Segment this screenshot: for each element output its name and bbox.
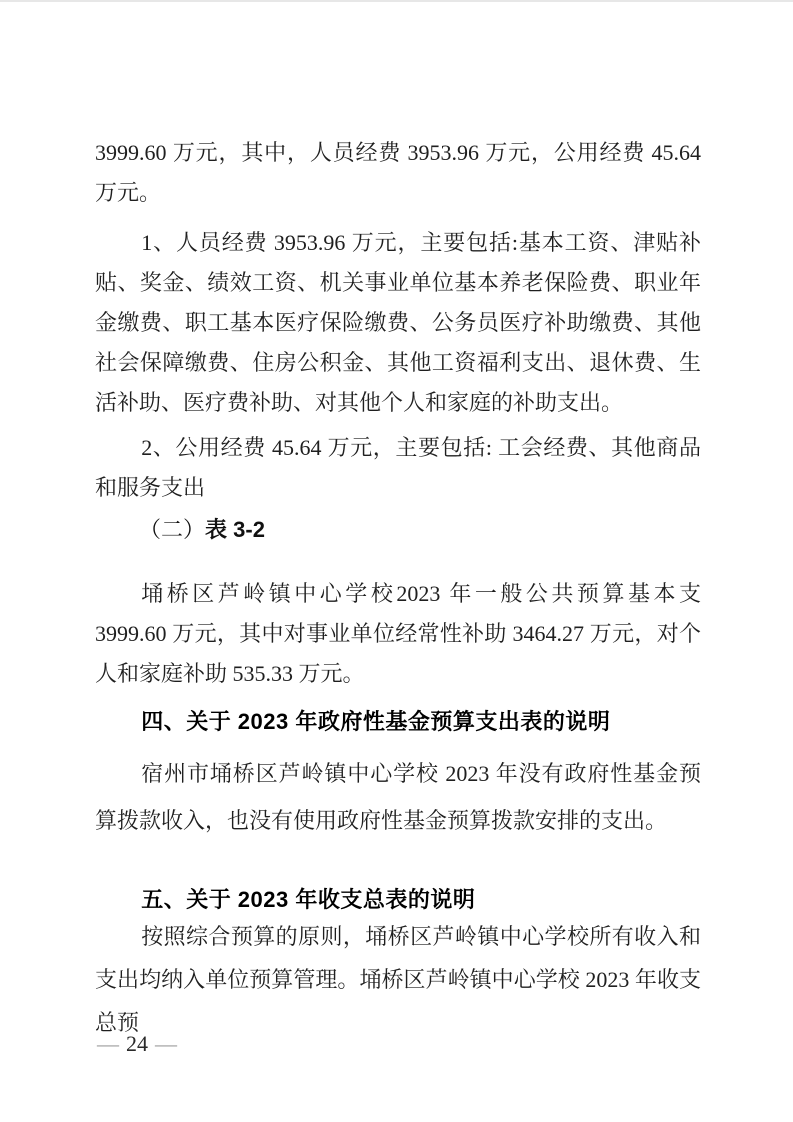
document-page: 3999.60 万元，其中，人员经费 3953.96 万元，公用经费 45.64… [0,0,793,1122]
heading-section-5-revenue-expenditure-summary: 五、关于 2023 年收支总表的说明 [95,880,701,920]
paragraph-public-expenses: 2、公用经费 45.64 万元，主要包括: 工会经费、其他商品和服务支出 [95,428,701,508]
heading-section-4-government-fund-budget: 四、关于 2023 年政府性基金预算支出表的说明 [95,702,701,742]
paragraph-no-government-fund: 宿州市埇桥区芦岭镇中心学校 2023 年没有政府性基金预算拨款收入，也没有使用政… [95,750,701,844]
page-number: 24 [126,1031,148,1056]
page-top-edge-divider [0,0,793,2]
paragraph-budget-continuation: 3999.60 万元，其中，人员经费 3953.96 万元，公用经费 45.64… [95,133,701,213]
footer-left-dash: — [97,1031,119,1056]
paragraph-comprehensive-budget-principle: 按照综合预算的原则，埇桥区芦岭镇中心学校所有收入和支出均纳入单位预算管理。埇桥区… [95,915,701,1044]
page-footer: —24— [97,1031,177,1057]
subheading-label: 表 3-2 [205,517,265,542]
subheading-prefix: （二） [139,517,205,542]
paragraph-basic-expenditure-detail: 埇桥区芦岭镇中心学校2023 年一般公共预算基本支 3999.60 万元，其中对… [95,574,701,694]
subheading-table-3-2: （二）表 3-2 [95,510,701,550]
footer-right-dash: — [155,1031,177,1056]
paragraph-personnel-expenses: 1、人员经费 3953.96 万元，主要包括:基本工资、津贴补贴、奖金、绩效工资… [95,223,701,423]
